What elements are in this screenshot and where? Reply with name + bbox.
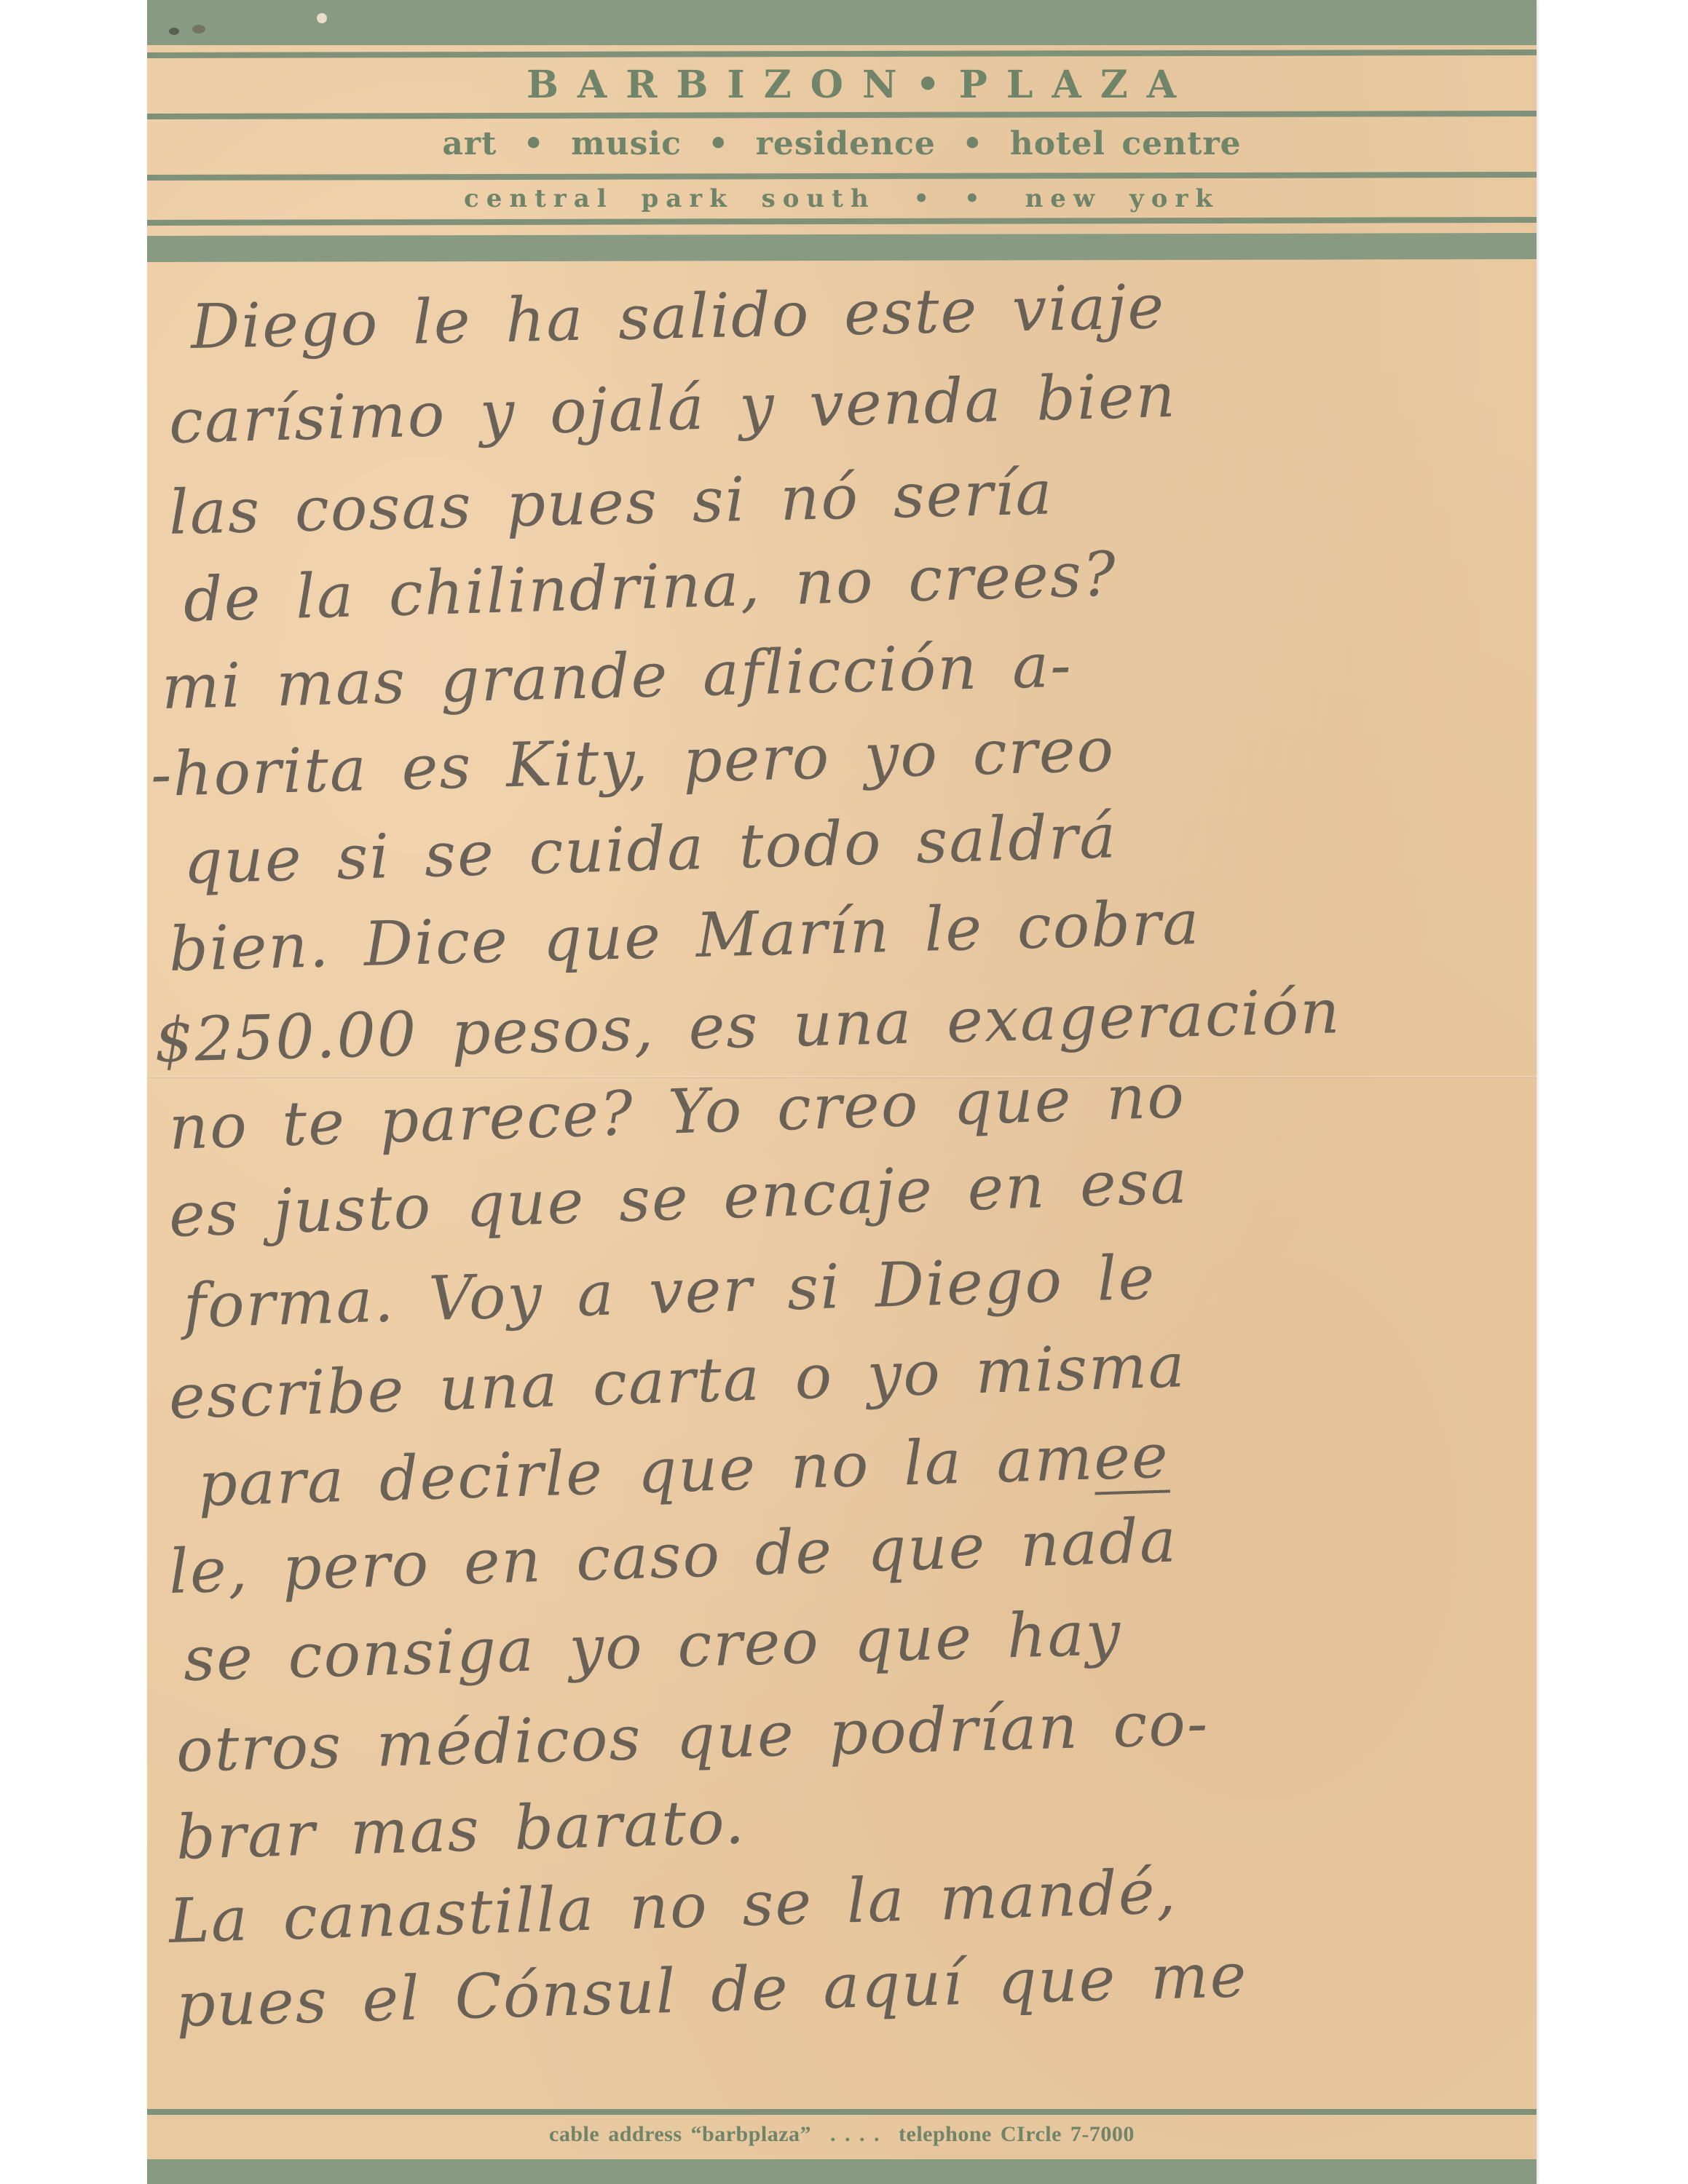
bullet-separator: • • [913,184,987,213]
handwritten-line: se consiga yo creo que hay [183,1585,1537,1695]
footer-contact: cable address “barbplaza” . . . . teleph… [147,2122,1537,2147]
telephone: telephone CIrcle 7-7000 [899,2122,1135,2146]
paper-hole-mark [169,28,179,35]
cable-address: cable address “barbplaza” [549,2122,811,2146]
paper-hole-mark [317,13,327,23]
handwritten-line: Diego le ha salido este viaje [190,262,1537,363]
hotel-name: BARBIZON•PLAZA [147,63,1537,107]
dot-leader: . . . . [830,2122,880,2147]
underlined-text: ee [1093,1420,1170,1493]
bullet-separator: • [524,125,545,162]
letterhead-bottom-band [147,233,1537,262]
bottom-green-band [147,2159,1537,2184]
handwritten-line: carísimo y ojalá y venda bien [168,349,1537,457]
handwritten-line: bien. Dice que Marín le cobra [168,877,1537,985]
letterhead-rule [147,50,1537,58]
hotel-tagline: art • music • residence • hotel centre [147,125,1537,162]
letterhead-rule [147,111,1537,119]
letter-paper: BARBIZON•PLAZA art • music • residence •… [147,0,1537,2184]
tagline-music: music [571,125,682,162]
letterhead-rule [147,172,1537,181]
footer-rule [147,2109,1537,2115]
bullet-separator: • [962,125,983,162]
address-street: central park south [464,184,876,213]
tagline-hotel-centre: hotel centre [1010,125,1242,162]
bullet-separator: • [708,125,729,162]
tagline-art: art [442,125,497,162]
paper-hole-mark [192,25,205,33]
top-green-band [147,0,1537,45]
letterhead-rule [147,217,1537,226]
hotel-address: central park south • • new york [147,184,1537,213]
line-text: para decirle que no la am [197,1423,1095,1520]
address-city: new york [1025,184,1220,213]
tagline-residence: residence [756,125,936,162]
handwritten-line: mi mas grande aflicción a- [161,617,1537,723]
